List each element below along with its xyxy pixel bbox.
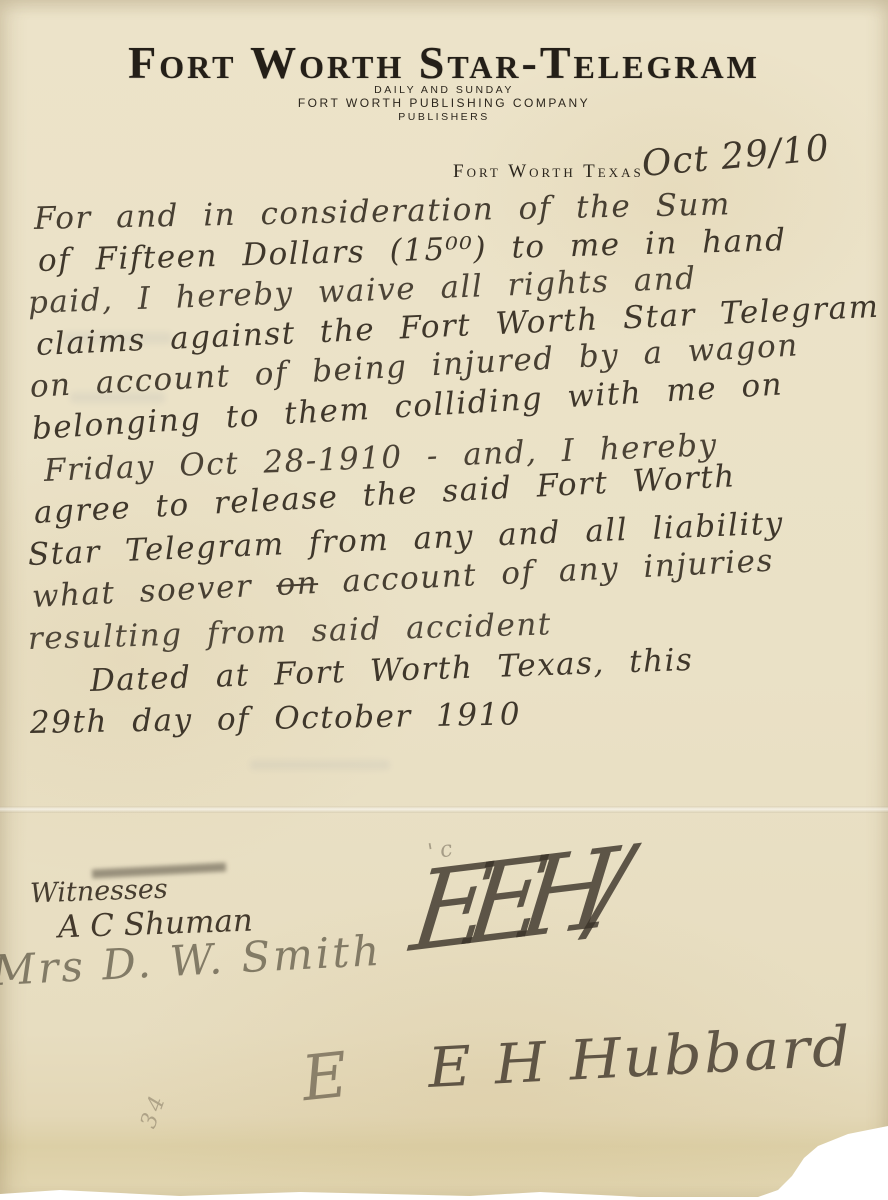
pencil-scribble: 34 bbox=[136, 1089, 172, 1131]
fold-crease bbox=[0, 806, 888, 813]
letterhead-title: Fort Worth Star-Telegram bbox=[0, 36, 888, 89]
flourish-initials-signature: EEH/ bbox=[406, 835, 611, 969]
signature-initial: E bbox=[298, 1038, 351, 1115]
paper-sheet: Fort Worth Star-Telegram DAILY AND SUNDA… bbox=[0, 0, 888, 1200]
letterhead-subtitle-company: FORT WORTH PUBLISHING COMPANY bbox=[0, 96, 888, 110]
witnesses-label: Witnesses bbox=[30, 874, 169, 910]
signature-hubbard: E H Hubbard bbox=[426, 1014, 853, 1100]
handwritten-date: Oct 29/10 bbox=[640, 128, 831, 185]
scanned-document: Fort Worth Star-Telegram DAILY AND SUNDA… bbox=[0, 0, 888, 1200]
bleed-through-stain bbox=[250, 760, 390, 770]
struck-word: on bbox=[276, 565, 319, 603]
handwritten-body: For and in consideration of the Sumof Fi… bbox=[28, 198, 864, 744]
letterhead-subtitle-daily: DAILY AND SUNDAY bbox=[0, 84, 888, 96]
letterhead-subtitle-publishers: PUBLISHERS bbox=[0, 111, 888, 123]
printed-dateline: Fort Worth Texas bbox=[453, 161, 644, 183]
